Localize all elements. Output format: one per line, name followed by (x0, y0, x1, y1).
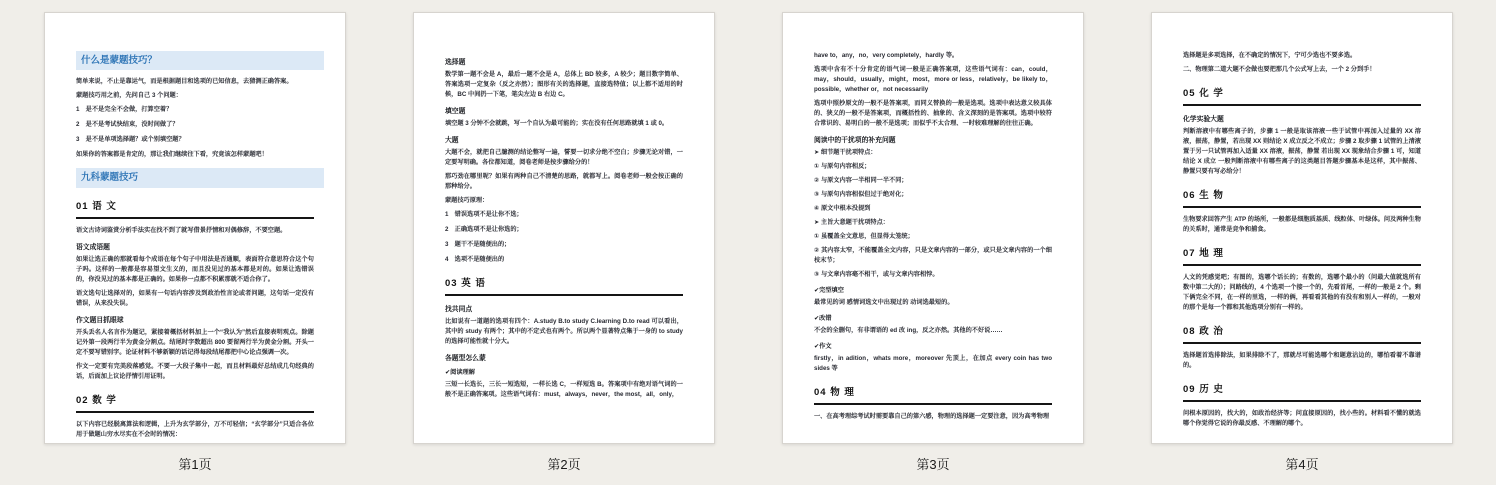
doc-paragraph: ② 与原文内容一半相同一半不同； (814, 176, 1052, 186)
doc-subheading: 化学实验大题 (1183, 113, 1421, 123)
doc-subheading: 各题型怎么蒙 (445, 352, 683, 362)
page-column-4: 选择题是多项选择，在不确定的情况下，宁可少选也不要多选。二、物理第二道大题不会做… (1151, 12, 1453, 473)
doc-paragraph: ② 其内容太窄，不能覆盖全文内容，只是文章内容的一部分，或只是文章内容的一个细枝… (814, 246, 1052, 266)
doc-list-item: 1 错误选项不是让你不选； (445, 210, 683, 220)
doc-paragraph: 不会的全删句，有非谓语的 ed 改 ing，反之亦然。其他的不好说…… (814, 326, 1052, 336)
doc-paragraph: ➤ 主旨大意题干扰项特点： (814, 218, 1052, 228)
page-number-label: 第3页 (916, 454, 949, 473)
doc-list-item: 4 选项不是随便出的 (445, 255, 683, 265)
doc-paragraph: 最常见的词 感情词选文中出现过的 动词选最短的。 (814, 298, 1052, 308)
document-page-4[interactable]: 选择题是多项选择，在不确定的情况下，宁可少选也不要多选。二、物理第二道大题不会做… (1151, 12, 1453, 444)
doc-subheading: 作文题目抓眼球 (76, 314, 314, 324)
doc-paragraph: 选项中含有不十分肯定的语气词一般是正确答案项，这些语气词有：can，could，… (814, 65, 1052, 95)
doc-list-item: 2 是不是考试快结束，没时间做了？ (76, 120, 314, 130)
doc-paragraph: ③ 与原句内容相似但过于绝对化； (814, 190, 1052, 200)
doc-section-heading: 05 化 学 (1183, 82, 1421, 106)
doc-section-heading: 06 生 物 (1183, 184, 1421, 208)
doc-subheading: 阅读中的干扰项的补充问题 (814, 134, 1052, 144)
doc-section-heading: 07 地 理 (1183, 242, 1421, 266)
page-column-3: have to，any，no，very completely，hardly 等。… (782, 12, 1084, 473)
page-column-1: 什么是蒙题技巧？简单来说，不止是靠运气，而是根据题目和选项的已知信息，去猜测正确… (44, 12, 346, 473)
doc-subheading: 选择题 (445, 56, 683, 66)
doc-paragraph: 选项中照抄原文的一般不是答案项，而同义替换的一般是选项。选项中表达意义较具体的、… (814, 99, 1052, 129)
doc-subheading: 大题 (445, 134, 683, 144)
doc-check-subheading: ✔作文 (814, 341, 1052, 350)
doc-paragraph: 开头丢名人名言作为题记，紧接着概括材料加上一个“我认为”然后直接表明观点。除题记… (76, 328, 314, 358)
doc-section-heading: 09 历 史 (1183, 378, 1421, 402)
doc-paragraph: 蒙题技巧用之前，先问自己 3 个问题： (76, 91, 314, 101)
doc-paragraph: 如果让选正确的那就看每个成语在每个句子中用法是否通顺，表面符合意思符合这个句子吗… (76, 255, 314, 285)
doc-paragraph: 语文古诗词鉴赏分析手法实在找不到了就写借景抒情和对偶修辞，不要空题。 (76, 226, 314, 236)
doc-paragraph: 一、在高考理综考试时需要靠自己的第六感，物理的选择题一定要注意，因为高考物理 (814, 412, 1052, 422)
document-page-3[interactable]: have to，any，no，very completely，hardly 等。… (782, 12, 1084, 444)
doc-paragraph: 作文一定要有完美段落感觉。不要一大段子集中一起，而且材料最好总结成几句经典的话，… (76, 362, 314, 382)
doc-paragraph: 填空题 3 分钟不会就跳，写一个自认为最可能的；实在没有任何思路就填 1 或 0… (445, 119, 683, 129)
doc-paragraph: ① 与原句内容相反； (814, 162, 1052, 172)
doc-paragraph: ➤ 细节题干扰项特点： (814, 148, 1052, 158)
doc-paragraph: 大题不会，就把自己臆测的结论整写一遍，誓要一切求分绝不空白；步骤无论对错，一定要… (445, 148, 683, 168)
doc-paragraph: 数学第一题不会是 A，最后一题不会是 A，总体上 BD 较多，A 较少；题目数字… (445, 70, 683, 100)
document-page-1[interactable]: 什么是蒙题技巧？简单来说，不止是靠运气，而是根据题目和选项的已知信息，去猜测正确… (44, 12, 346, 444)
doc-paragraph: 选择题是多项选择，在不确定的情况下，宁可少选也不要多选。 (1183, 51, 1421, 61)
doc-check-subheading: ✔完型填空 (814, 285, 1052, 294)
doc-paragraph: ① 虽覆盖全文意思，但显得太笼统； (814, 232, 1052, 242)
doc-paragraph: firstly，in adition，whats more，moreover 先… (814, 354, 1052, 374)
doc-subheading: 语文成语题 (76, 241, 314, 251)
doc-section-heading: 04 物 理 (814, 381, 1052, 405)
doc-subheading: 找共同点 (445, 303, 683, 313)
doc-paragraph: 生物要求回答产生 ATP 的场所，一般都是细胞质基质、线粒体、叶绿体。问及两种生… (1183, 215, 1421, 235)
doc-paragraph: 蒙题技巧原理： (445, 196, 683, 206)
doc-paragraph: 那巧劲在哪里呢？如果有两种自己不清楚的思路，就都写上。阅卷老师一般会按正确的那种… (445, 172, 683, 192)
doc-paragraph: 简单来说，不止是靠运气，而是根据题目和选项的已知信息，去猜测正确答案。 (76, 77, 314, 87)
doc-check-subheading: ✔阅读理解 (445, 367, 683, 376)
doc-section-heading: 03 英 语 (445, 272, 683, 296)
doc-list-item: 2 正确选项不是让你选的； (445, 225, 683, 235)
doc-paragraph: 三短一长选长，三长一短选短，一样长选 C，一样短选 B。答案项中有绝对语气词的一… (445, 380, 683, 400)
doc-section-heading: 08 政 治 (1183, 320, 1421, 344)
page-number-label: 第4页 (1285, 454, 1318, 473)
doc-paragraph: have to，any，no，very completely，hardly 等。 (814, 51, 1052, 61)
doc-paragraph: ③ 与文章内容毫不相干，或与文章内容相悖。 (814, 270, 1052, 280)
doc-section-heading: 02 数 学 (76, 389, 314, 413)
doc-paragraph: 如果你的答案都是肯定的，那让我们继续往下看，究竟该怎样蒙题吧！ (76, 150, 314, 160)
doc-paragraph: 以下内容已经脱离算法和逻辑，上升为玄学部分，万不可轻信；“玄学部分”只适合各位用… (76, 420, 314, 440)
doc-banner-heading: 九科蒙题技巧 (76, 168, 324, 187)
doc-paragraph: 选择题首选排除法，如果排除不了，那就尽可能选哪个和题意沾边的，哪怕看着不靠谱的。 (1183, 351, 1421, 371)
doc-subheading: 填空题 (445, 105, 683, 115)
doc-banner-heading: 什么是蒙题技巧？ (76, 51, 324, 70)
doc-list-item: 3 是不是单项选择题？或个别填空题？ (76, 135, 314, 145)
doc-paragraph: 比如说有一道题的选项有四个：A.study B.to study C.learn… (445, 317, 683, 347)
page-number-label: 第1页 (178, 454, 211, 473)
doc-paragraph: 判断溶液中有哪些离子的，步骤 1 一般是取该溶液一些于试管中再加入过量的 XX … (1183, 127, 1421, 177)
doc-list-item: 1 是不是完全不会做，打算空着？ (76, 105, 314, 115)
page-column-2: 选择题数学第一题不会是 A，最后一题不会是 A，总体上 BD 较多，A 较少；题… (413, 12, 715, 473)
doc-check-subheading: ✔改错 (814, 313, 1052, 322)
doc-paragraph: 人文的凭感觉吧；有图的，选哪个话长的；有数的，选哪个最小的（问最大值就选所有数中… (1183, 273, 1421, 313)
page-number-label: 第2页 (547, 454, 580, 473)
doc-paragraph: 二、物理第二道大题不会做也要把那几个公式写上去，一个 2 分到手！ (1183, 65, 1421, 75)
doc-paragraph: ④ 原文中根本没提到 (814, 204, 1052, 214)
doc-list-item: 3 题干不是随便出的； (445, 240, 683, 250)
doc-section-heading: 01 语 文 (76, 195, 314, 219)
document-preview-canvas: 什么是蒙题技巧？简单来说，不止是靠运气，而是根据题目和选项的已知信息，去猜测正确… (0, 0, 1496, 473)
doc-paragraph: 问根本原因的，找大的，如政治经济等；问直接原因的，找小些的。材料看不懂的就选哪个… (1183, 409, 1421, 429)
doc-paragraph: 语文选句让选择对的，如果有一句话内容涉及到政治性言论或者问题，这句话一定没有错误… (76, 289, 314, 309)
document-page-2[interactable]: 选择题数学第一题不会是 A，最后一题不会是 A，总体上 BD 较多，A 较少；题… (413, 12, 715, 444)
